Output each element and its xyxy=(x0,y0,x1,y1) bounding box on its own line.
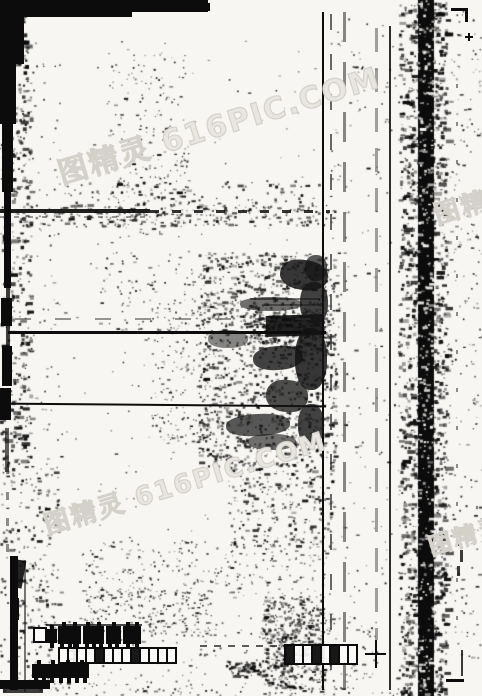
watermark-616pic: 图精灵 616PIC.COM xyxy=(423,449,482,562)
watermark-layer: 图精灵 616PIC.COM图精灵 616PIC.COM图精灵 616PIC.C… xyxy=(0,0,482,696)
watermark-616pic: 图精灵 616PIC.COM xyxy=(429,111,482,232)
watermark-616pic: 图精灵 616PIC.COM xyxy=(52,53,385,193)
distressed-texture-image: 图精灵 616PIC.COM图精灵 616PIC.COM图精灵 616PIC.C… xyxy=(0,0,482,696)
watermark-616pic: 图精灵 616PIC.COM xyxy=(39,421,331,542)
